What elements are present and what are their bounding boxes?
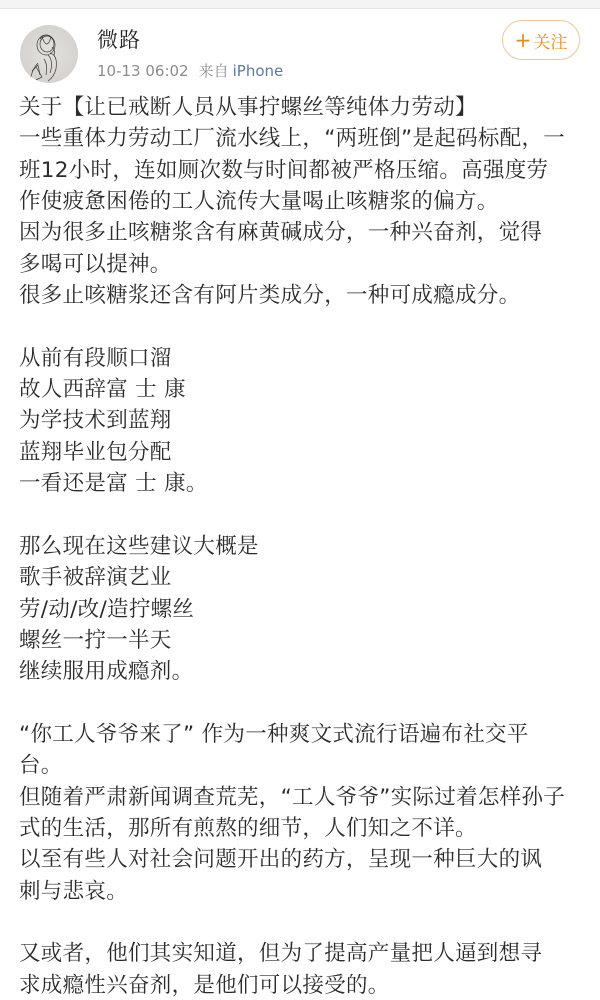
post-line: 以至有些人对社会问题开出的药方，呈现一种巨大的讽	[19, 844, 584, 875]
username[interactable]: 微路	[97, 24, 141, 54]
blank-line	[19, 499, 584, 530]
post-line: 很多止咳糖浆还含有阿片类成分，一种可成瘾成分。	[19, 280, 584, 311]
post-line: 继续服用成瘾剂。	[19, 656, 584, 687]
post-line: 故人西辞富 士 康	[19, 374, 584, 405]
post-line: 台。	[19, 750, 584, 781]
post-line: 关于【让已戒断人员从事拧螺丝等纯体力劳动】	[19, 92, 584, 123]
follow-label: 关注	[533, 28, 567, 53]
post-meta: 10-13 06:02来自iPhone	[97, 60, 283, 81]
plus-icon: +	[515, 30, 532, 50]
post-line: 求成瘾性兴奋剂，是他们可以接受的。	[19, 970, 584, 1000]
post-line: 式的生活，那所有煎熬的细节，人们知之不详。	[19, 813, 584, 844]
blank-line	[19, 311, 584, 342]
follow-button[interactable]: + 关注	[502, 20, 580, 60]
post-line: 但随着严肃新闻调查荒芜，“工人爷爷”实际过着怎样孙子	[19, 782, 584, 813]
post-body: 关于【让已戒断人员从事拧螺丝等纯体力劳动】 一些重体力劳动工厂流水线上，“两班倒…	[19, 92, 584, 1000]
blank-line	[19, 907, 584, 938]
blank-line	[19, 688, 584, 719]
post-line: 歌手被辞演艺业	[19, 562, 584, 593]
post-line: 刺与悲哀。	[19, 876, 584, 907]
post-line: 因为很多止咳糖浆含有麻黄碱成分，一种兴奋剂，觉得	[19, 217, 584, 248]
post-line: 一看还是富 士 康。	[19, 468, 584, 499]
post-line: 那么现在这些建议大概是	[19, 531, 584, 562]
post-line: 班12小时，连如厕次数与时间都被严格压缩。高强度劳	[19, 155, 584, 186]
post-timestamp: 10-13 06:02	[97, 62, 189, 80]
post-line: 作使疲惫困倦的工人流传大量喝止咳糖浆的偏方。	[19, 186, 584, 217]
post-line: “你工人爷爷来了” 作为一种爽文式流行语遍布社交平	[19, 719, 584, 750]
post-line: 为学技术到蓝翔	[19, 405, 584, 436]
top-divider	[0, 0, 600, 9]
post-line: 从前有段顺口溜	[19, 343, 584, 374]
post-line: 劳/动/改/造拧螺丝	[19, 594, 584, 625]
post-line: 螺丝一拧一半天	[19, 625, 584, 656]
post-line: 一些重体力劳动工厂流水线上，“两班倒”是起码标配，一	[19, 123, 584, 154]
post-line: 又或者，他们其实知道，但为了提高产量把人逼到想寻	[19, 938, 584, 969]
source-link[interactable]: iPhone	[233, 62, 284, 80]
source-label: 来自	[199, 62, 229, 80]
sketch-avatar-icon	[20, 25, 78, 83]
avatar[interactable]	[20, 25, 78, 83]
post-line: 多喝可以提神。	[19, 249, 584, 280]
post-line: 蓝翔毕业包分配	[19, 437, 584, 468]
